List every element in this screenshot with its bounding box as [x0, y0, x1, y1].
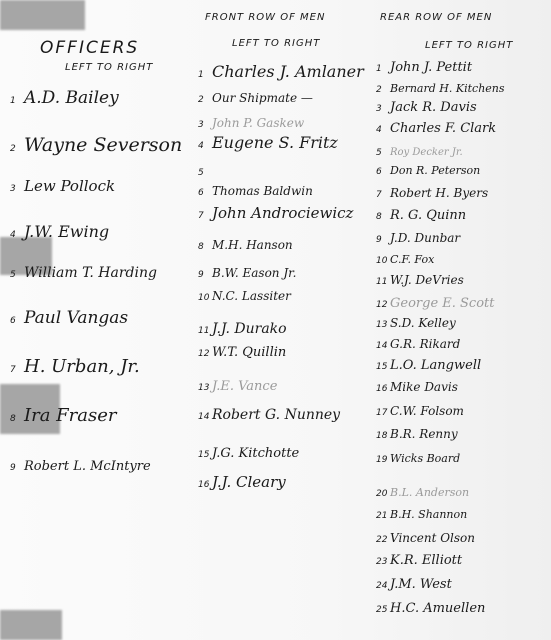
signature-entry: 7John Androciewicz	[198, 203, 353, 222]
rear-row-title: Rear Row of Men	[380, 12, 492, 23]
signature-entry: 6Thomas Baldwin	[198, 180, 313, 199]
entry-number: 3	[376, 104, 390, 114]
signature-name: Bernard H. Kitchens	[390, 82, 505, 95]
signature-name: Wicks Board	[390, 452, 460, 465]
signature-entry: 15L.O. Langwell	[376, 354, 481, 373]
entry-number: 9	[10, 463, 24, 473]
signature-name: George E. Scott	[390, 296, 494, 311]
signature-name: H. Urban, Jr.	[24, 356, 140, 377]
entry-number: 15	[376, 362, 390, 372]
signature-entry: 8Ira Fraser	[10, 405, 117, 426]
entry-number: 22	[376, 535, 390, 545]
signature-entry: 4Eugene S. Fritz	[198, 133, 338, 152]
signature-name: Don R. Peterson	[390, 164, 480, 177]
entry-number: 3	[10, 184, 24, 194]
entry-number: 5	[376, 148, 390, 158]
signature-entry: 8M.H. Hanson	[198, 234, 293, 253]
signature-entry: 5William T. Harding	[10, 262, 157, 281]
entry-number: 7	[198, 211, 212, 221]
signature-name: B.R. Renny	[390, 427, 458, 441]
signature-entry: 6Paul Vangas	[10, 308, 128, 328]
entry-number: 14	[376, 341, 390, 351]
entry-number: 9	[198, 270, 212, 280]
entry-number: 1	[376, 64, 390, 74]
entry-number: 2	[10, 144, 24, 154]
signature-name: H.C. Amuellen	[390, 601, 485, 616]
entry-number: 5	[10, 270, 24, 280]
signature-name: B.W. Eason Jr.	[212, 266, 296, 280]
signature-name: W.T. Quillin	[212, 345, 286, 360]
entry-number: 20	[376, 489, 390, 499]
signature-name: J.G. Kitchotte	[212, 446, 299, 461]
rear-row-subtitle: Left to Right	[425, 40, 513, 51]
entry-number: 18	[376, 431, 390, 441]
signature-name: N.C. Lassiter	[212, 289, 291, 303]
signature-entry: 6Don R. Peterson	[376, 159, 480, 178]
signature-entry: 2Our Shipmate —	[198, 87, 313, 106]
signature-name: John P. Gaskew	[212, 116, 304, 130]
signature-name: J.D. Dunbar	[390, 231, 460, 245]
signature-entry: 5Roy Decker Jr.	[376, 140, 463, 159]
signature-name: C.F. Fox	[390, 253, 434, 266]
signature-name: S.D. Kelley	[390, 316, 456, 330]
signature-entry: 16Mike Davis	[376, 376, 458, 395]
entry-number: 8	[198, 242, 212, 252]
signature-entry: 1Charles J. Amlaner	[198, 62, 364, 81]
signature-entry: 11W.J. DeVries	[376, 269, 464, 288]
signature-name: Lew Pollock	[24, 177, 115, 195]
signature-entry: 14G.R. Rikard	[376, 333, 460, 352]
entry-number: 7	[376, 190, 390, 200]
signature-name: Robert L. McIntyre	[24, 459, 151, 474]
signature-name: B.H. Shannon	[390, 508, 467, 521]
signature-name: J.J. Cleary	[212, 473, 286, 491]
signature-entry: 1A.D. Bailey	[10, 88, 119, 108]
signature-entry: 22Vincent Olson	[376, 527, 475, 546]
signature-name: R. G. Quinn	[390, 208, 466, 223]
entry-number: 8	[376, 212, 390, 222]
entry-number: 11	[376, 277, 390, 287]
signature-name: John J. Pettit	[390, 60, 472, 75]
entry-number: 10	[376, 256, 390, 266]
tape-smudge-bottom	[0, 610, 62, 640]
entry-number: 1	[198, 70, 212, 80]
signature-name: W.J. DeVries	[390, 273, 464, 287]
signature-name: Ira Fraser	[24, 405, 117, 426]
entry-number: 13	[198, 383, 212, 393]
signature-entry: 10N.C. Lassiter	[198, 285, 291, 304]
signature-entry: 5	[198, 160, 212, 179]
signature-entry: 9Robert L. McIntyre	[10, 455, 151, 474]
entry-number: 15	[198, 450, 212, 460]
signature-name: G.R. Rikard	[390, 337, 460, 351]
signature-name: J.W. Ewing	[24, 222, 109, 241]
entry-number: 2	[376, 85, 390, 95]
signature-name: A.D. Bailey	[24, 88, 119, 108]
entry-number: 12	[376, 300, 390, 310]
signature-entry: 8R. G. Quinn	[376, 204, 466, 223]
signature-name: J.M. West	[390, 577, 452, 592]
signature-entry: 13J.E. Vance	[198, 375, 277, 394]
entry-number: 25	[376, 605, 390, 615]
entry-number: 24	[376, 581, 390, 591]
signature-entry: 20B.L. Anderson	[376, 481, 469, 500]
signature-entry: 18B.R. Renny	[376, 423, 458, 442]
signature-name: Eugene S. Fritz	[212, 133, 338, 152]
signature-entry: 13S.D. Kelley	[376, 312, 456, 331]
signature-name: Thomas Baldwin	[212, 184, 313, 198]
signature-entry: 4Charles F. Clark	[376, 117, 496, 136]
signature-name: Charles F. Clark	[390, 121, 496, 136]
signature-entry: 4J.W. Ewing	[10, 222, 109, 241]
signature-entry: 12George E. Scott	[376, 292, 494, 311]
entry-number: 4	[376, 125, 390, 135]
signature-name: J.J. Durako	[212, 321, 287, 337]
signature-entry: 23K.R. Elliott	[376, 549, 462, 568]
entry-number: 23	[376, 557, 390, 567]
signature-name: Paul Vangas	[24, 308, 128, 328]
signature-entry: 21B.H. Shannon	[376, 503, 467, 522]
entry-number: 16	[198, 480, 212, 490]
signature-entry: 15J.G. Kitchotte	[198, 442, 299, 461]
front-row-title: Front Row of Men	[205, 12, 325, 23]
signature-name: Robert G. Nunney	[212, 407, 340, 423]
signature-entry: 1John J. Pettit	[376, 56, 472, 75]
entry-number: 14	[198, 412, 212, 422]
signature-name: Our Shipmate —	[212, 91, 313, 105]
signature-entry: 7Robert H. Byers	[376, 182, 488, 201]
officers-title: Officers	[40, 38, 139, 58]
signature-name: Vincent Olson	[390, 531, 475, 545]
entry-number: 4	[198, 141, 212, 151]
entry-number: 7	[10, 365, 24, 375]
entry-number: 17	[376, 408, 390, 418]
signature-name: Roy Decker Jr.	[390, 147, 463, 158]
entry-number: 19	[376, 455, 390, 465]
entry-number: 21	[376, 511, 390, 521]
signature-entry: 14Robert G. Nunney	[198, 404, 340, 423]
signature-name: C.W. Folsom	[390, 404, 464, 418]
signature-name: M.H. Hanson	[212, 238, 293, 252]
signature-entry: 25H.C. Amuellen	[376, 597, 485, 616]
signature-name: Robert H. Byers	[390, 186, 488, 200]
signature-entry: 9B.W. Eason Jr.	[198, 262, 296, 281]
signature-entry: 10C.F. Fox	[376, 248, 434, 267]
signature-entry: 16J.J. Cleary	[198, 472, 286, 491]
entry-number: 5	[198, 168, 212, 178]
officers-subtitle: Left to Right	[65, 62, 153, 73]
signature-entry: 24J.M. West	[376, 573, 452, 592]
entry-number: 6	[10, 316, 24, 326]
entry-number: 10	[198, 293, 212, 303]
entry-number: 6	[198, 188, 212, 198]
signature-name: Jack R. Davis	[390, 100, 477, 115]
entry-number: 12	[198, 349, 212, 359]
entry-number: 4	[10, 230, 24, 240]
entry-number: 1	[10, 96, 24, 106]
tape-smudge-top	[0, 0, 85, 30]
signature-name: Mike Davis	[390, 380, 458, 394]
entry-number: 8	[10, 414, 24, 424]
front-row-subtitle: Left to Right	[232, 38, 320, 49]
signature-name: John Androciewicz	[212, 204, 353, 222]
signature-entry: 3John P. Gaskew	[198, 112, 304, 131]
signature-entry: 19Wicks Board	[376, 447, 460, 466]
signature-entry: 2Wayne Severson	[10, 134, 182, 156]
signature-entry: 3Jack R. Davis	[376, 96, 477, 115]
entry-number: 6	[376, 167, 390, 177]
signature-entry: 12W.T. Quillin	[198, 341, 286, 360]
entry-number: 3	[198, 120, 212, 130]
signature-name: Wayne Severson	[24, 134, 182, 156]
signature-name: B.L. Anderson	[390, 486, 469, 499]
signature-entry: 17C.W. Folsom	[376, 400, 464, 419]
signature-entry: 3Lew Pollock	[10, 176, 115, 195]
signature-name: J.E. Vance	[212, 379, 277, 394]
signature-name: Charles J. Amlaner	[212, 62, 364, 81]
entry-number: 11	[198, 326, 212, 336]
entry-number: 16	[376, 384, 390, 394]
signature-name: L.O. Langwell	[390, 358, 481, 373]
signature-entry: 9J.D. Dunbar	[376, 227, 460, 246]
entry-number: 13	[376, 320, 390, 330]
signature-entry: 7H. Urban, Jr.	[10, 356, 140, 377]
signature-name: K.R. Elliott	[390, 553, 462, 568]
entry-number: 9	[376, 235, 390, 245]
signature-entry: 2Bernard H. Kitchens	[376, 77, 505, 96]
signature-name: William T. Harding	[24, 265, 157, 281]
entry-number: 2	[198, 95, 212, 105]
signature-entry: 11J.J. Durako	[198, 318, 287, 337]
